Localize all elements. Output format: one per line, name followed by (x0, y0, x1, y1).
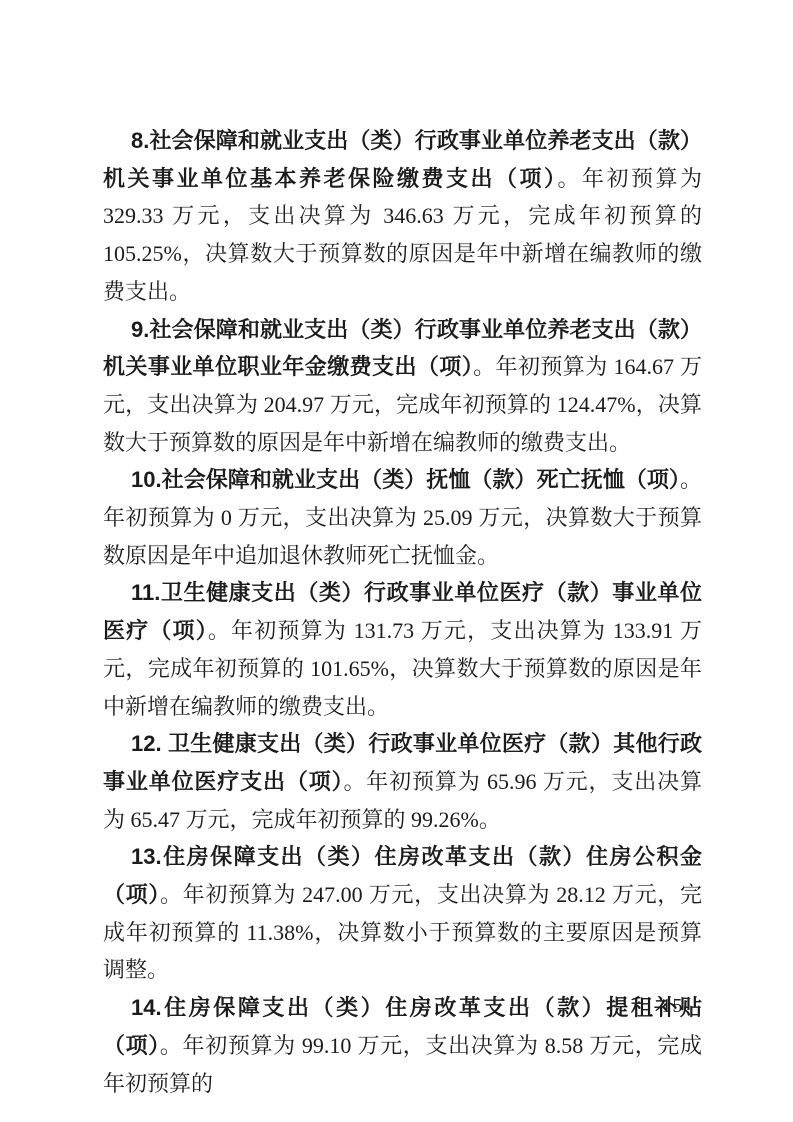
document-page: 8.社会保障和就业支出（类）行政事业单位养老支出（款）机关事业单位基本养老保险缴… (0, 0, 793, 1122)
paragraph-heading: 10.社会保障和就业支出（类）抚恤（款）死亡抚恤（项） (131, 467, 680, 492)
paragraph-body: 。年初预算为 247.00 万元，支出决算为 28.12 万元，完成年初预算的 … (103, 882, 702, 982)
budget-item-paragraph-12: 12. 卫生健康支出（类）行政事业单位医疗（款）其他行政事业单位医疗支出（项）。… (103, 725, 702, 838)
budget-item-paragraph-9: 9.社会保障和就业支出（类）行政事业单位养老支出（款）机关事业单位职业年金缴费支… (103, 311, 702, 462)
page-number: -15- (654, 994, 691, 1018)
budget-item-paragraph-10: 10.社会保障和就业支出（类）抚恤（款）死亡抚恤（项）。年初预算为 0 万元，支… (103, 461, 702, 574)
budget-item-paragraph-11: 11.卫生健康支出（类）行政事业单位医疗（款）事业单位医疗（项）。年初预算为 1… (103, 574, 702, 725)
budget-item-paragraph-14: 14.住房保障支出（类）住房改革支出（款）提租补贴（项）。年初预算为 99.10… (103, 989, 702, 1102)
budget-item-paragraph-13: 13.住房保障支出（类）住房改革支出（款）住房公积金（项）。年初预算为 247.… (103, 838, 702, 989)
paragraph-body: 。年初预算为 99.10 万元，支出决算为 8.58 万元，完成年初预算的 (103, 1033, 702, 1096)
document-body: 8.社会保障和就业支出（类）行政事业单位养老支出（款）机关事业单位基本养老保险缴… (103, 122, 702, 1102)
budget-item-paragraph-8: 8.社会保障和就业支出（类）行政事业单位养老支出（款）机关事业单位基本养老保险缴… (103, 122, 702, 311)
